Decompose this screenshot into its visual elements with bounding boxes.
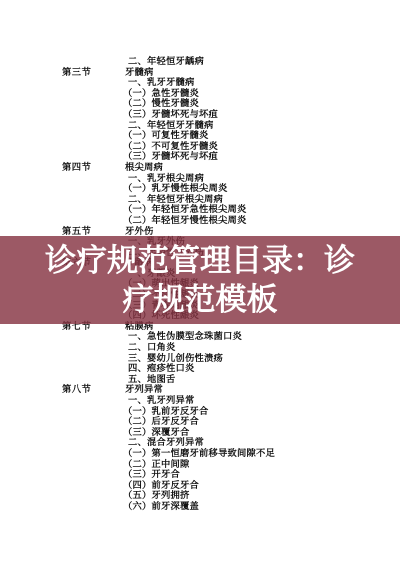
toc-entry-text: 二、年轻恒牙龋病 <box>128 57 204 68</box>
toc-entry-text: （三）深覆牙合 <box>123 428 189 439</box>
toc-row: 一、急性伪膜型念珠菌口炎 <box>0 332 400 343</box>
toc-section-label: 第八节 <box>62 385 91 396</box>
toc-row: 一、乳牙列异常 <box>0 396 400 407</box>
toc-row: （三）深覆牙合 <box>0 428 400 439</box>
toc-entry-text: （六）前牙深覆盖 <box>123 502 199 513</box>
toc-row: （五）牙列拥挤 <box>0 491 400 502</box>
toc-row: 二、年轻恒牙龋病 <box>0 57 400 68</box>
toc-row: （二）不可复性牙髓炎 <box>0 142 400 153</box>
toc-entry-text: 二、年轻恒牙根尖周病 <box>128 195 223 206</box>
toc-entry-text: （二）后牙反牙合 <box>123 417 199 428</box>
toc-entry-text: （一）急性牙髓炎 <box>123 89 199 100</box>
toc-entry-text: 牙列异常 <box>125 385 163 396</box>
toc-row: 第四节 根尖周病 <box>0 163 400 174</box>
toc-entry-text: 三、婴幼儿创伤性溃疡 <box>128 354 223 365</box>
toc-entry-text: 二、混合牙列异常 <box>128 438 204 449</box>
toc-entry-text: 二、口角炎 <box>128 343 176 354</box>
toc-entry-text: 牙髓病 <box>125 68 154 79</box>
toc-row: 四、疱疹性口炎 <box>0 364 400 375</box>
toc-entry-text: （四）前牙反牙合 <box>123 481 199 492</box>
toc-entry-text: （二）正中间隙 <box>123 460 189 471</box>
toc-entry-text: （三）牙髓坏死与坏疽 <box>123 110 218 121</box>
toc-entry-text: （一）年轻恒牙急性根尖周炎 <box>123 205 246 216</box>
toc-row: 第八节 牙列异常 <box>0 385 400 396</box>
toc-row: 二、口角炎 <box>0 343 400 354</box>
toc-row: （一）可复性牙髓炎 <box>0 131 400 142</box>
toc-entry-text: 一、乳牙牙髓病 <box>128 78 194 89</box>
toc-row: （四）前牙反牙合 <box>0 481 400 492</box>
toc-row: （二）年轻恒牙慢性根尖周炎 <box>0 216 400 227</box>
title-overlay: 诊疗规范管理目录：诊 疗规范模板 <box>0 236 400 324</box>
toc-entry-text: 一、急性伪膜型念珠菌口炎 <box>128 332 242 343</box>
toc-entry-text: （二）年轻恒牙慢性根尖周炎 <box>123 216 246 227</box>
toc-row: （二）正中间隙 <box>0 460 400 471</box>
toc-entry-text: 二、年轻恒牙牙髓病 <box>128 121 213 132</box>
toc-entry-text: （五）牙列拥挤 <box>123 491 189 502</box>
toc-row: 二、混合牙列异常 <box>0 438 400 449</box>
toc-row: 一、乳牙牙髓病 <box>0 78 400 89</box>
toc-entry-text: （二）不可复性牙髓炎 <box>123 142 218 153</box>
toc-section-label: 第四节 <box>62 163 91 174</box>
toc-row: （三）开牙合 <box>0 470 400 481</box>
toc-entry-text: 根尖周病 <box>125 163 163 174</box>
toc-entry-text: 五、地图舌 <box>128 375 176 386</box>
document-page: 二、年轻恒牙龋病 第三节 牙髓病 一、乳牙牙髓病 （一）急性牙髓炎 （二）慢性牙… <box>0 0 400 565</box>
toc-entry-text: 四、疱疹性口炎 <box>128 364 194 375</box>
toc-section-label: 第三节 <box>62 68 91 79</box>
toc-entry-text: （一）乳前牙反牙合 <box>123 407 208 418</box>
toc-row: 一、乳牙根尖周病 <box>0 174 400 185</box>
toc-row: 三、婴幼儿创伤性溃疡 <box>0 354 400 365</box>
overlay-title-line2: 疗规范模板 <box>123 280 278 319</box>
toc-row: （一）年轻恒牙急性根尖周炎 <box>0 205 400 216</box>
toc-entry-text: （三）开牙合 <box>123 470 180 481</box>
toc-row: （一）急性牙髓炎 <box>0 89 400 100</box>
toc-row: 二、年轻恒牙牙髓病 <box>0 121 400 132</box>
toc-row: 五、地图舌 <box>0 375 400 386</box>
toc-entry-text: 一、乳牙根尖周病 <box>128 174 204 185</box>
toc-row: 第三节 牙髓病 <box>0 68 400 79</box>
toc-entry-text: （三）牙髓坏死与坏疽 <box>123 152 218 163</box>
toc-row: 二、年轻恒牙根尖周病 <box>0 195 400 206</box>
toc-row: （三）牙髓坏死与坏疽 <box>0 110 400 121</box>
toc-row: （二）后牙反牙合 <box>0 417 400 428</box>
toc-row: （一）乳前牙反牙合 <box>0 407 400 418</box>
toc-entry-text: （一）可复性牙髓炎 <box>123 131 208 142</box>
toc-row: （三）牙髓坏死与坏疽 <box>0 152 400 163</box>
overlay-title-line1: 诊疗规范管理目录：诊 <box>45 241 355 280</box>
toc-row: （二）慢性牙髓炎 <box>0 99 400 110</box>
toc-row: （一）第一恒磨牙前移导致间隙不足 <box>0 449 400 460</box>
toc-row: （一）乳牙慢性根尖周炎 <box>0 184 400 195</box>
toc-entry-text: （一）乳牙慢性根尖周炎 <box>123 184 227 195</box>
toc-row: （六）前牙深覆盖 <box>0 502 400 513</box>
toc-entry-text: （一）第一恒磨牙前移导致间隙不足 <box>123 449 275 460</box>
toc-entry-text: 一、乳牙列异常 <box>128 396 194 407</box>
toc-entry-text: （二）慢性牙髓炎 <box>123 99 199 110</box>
